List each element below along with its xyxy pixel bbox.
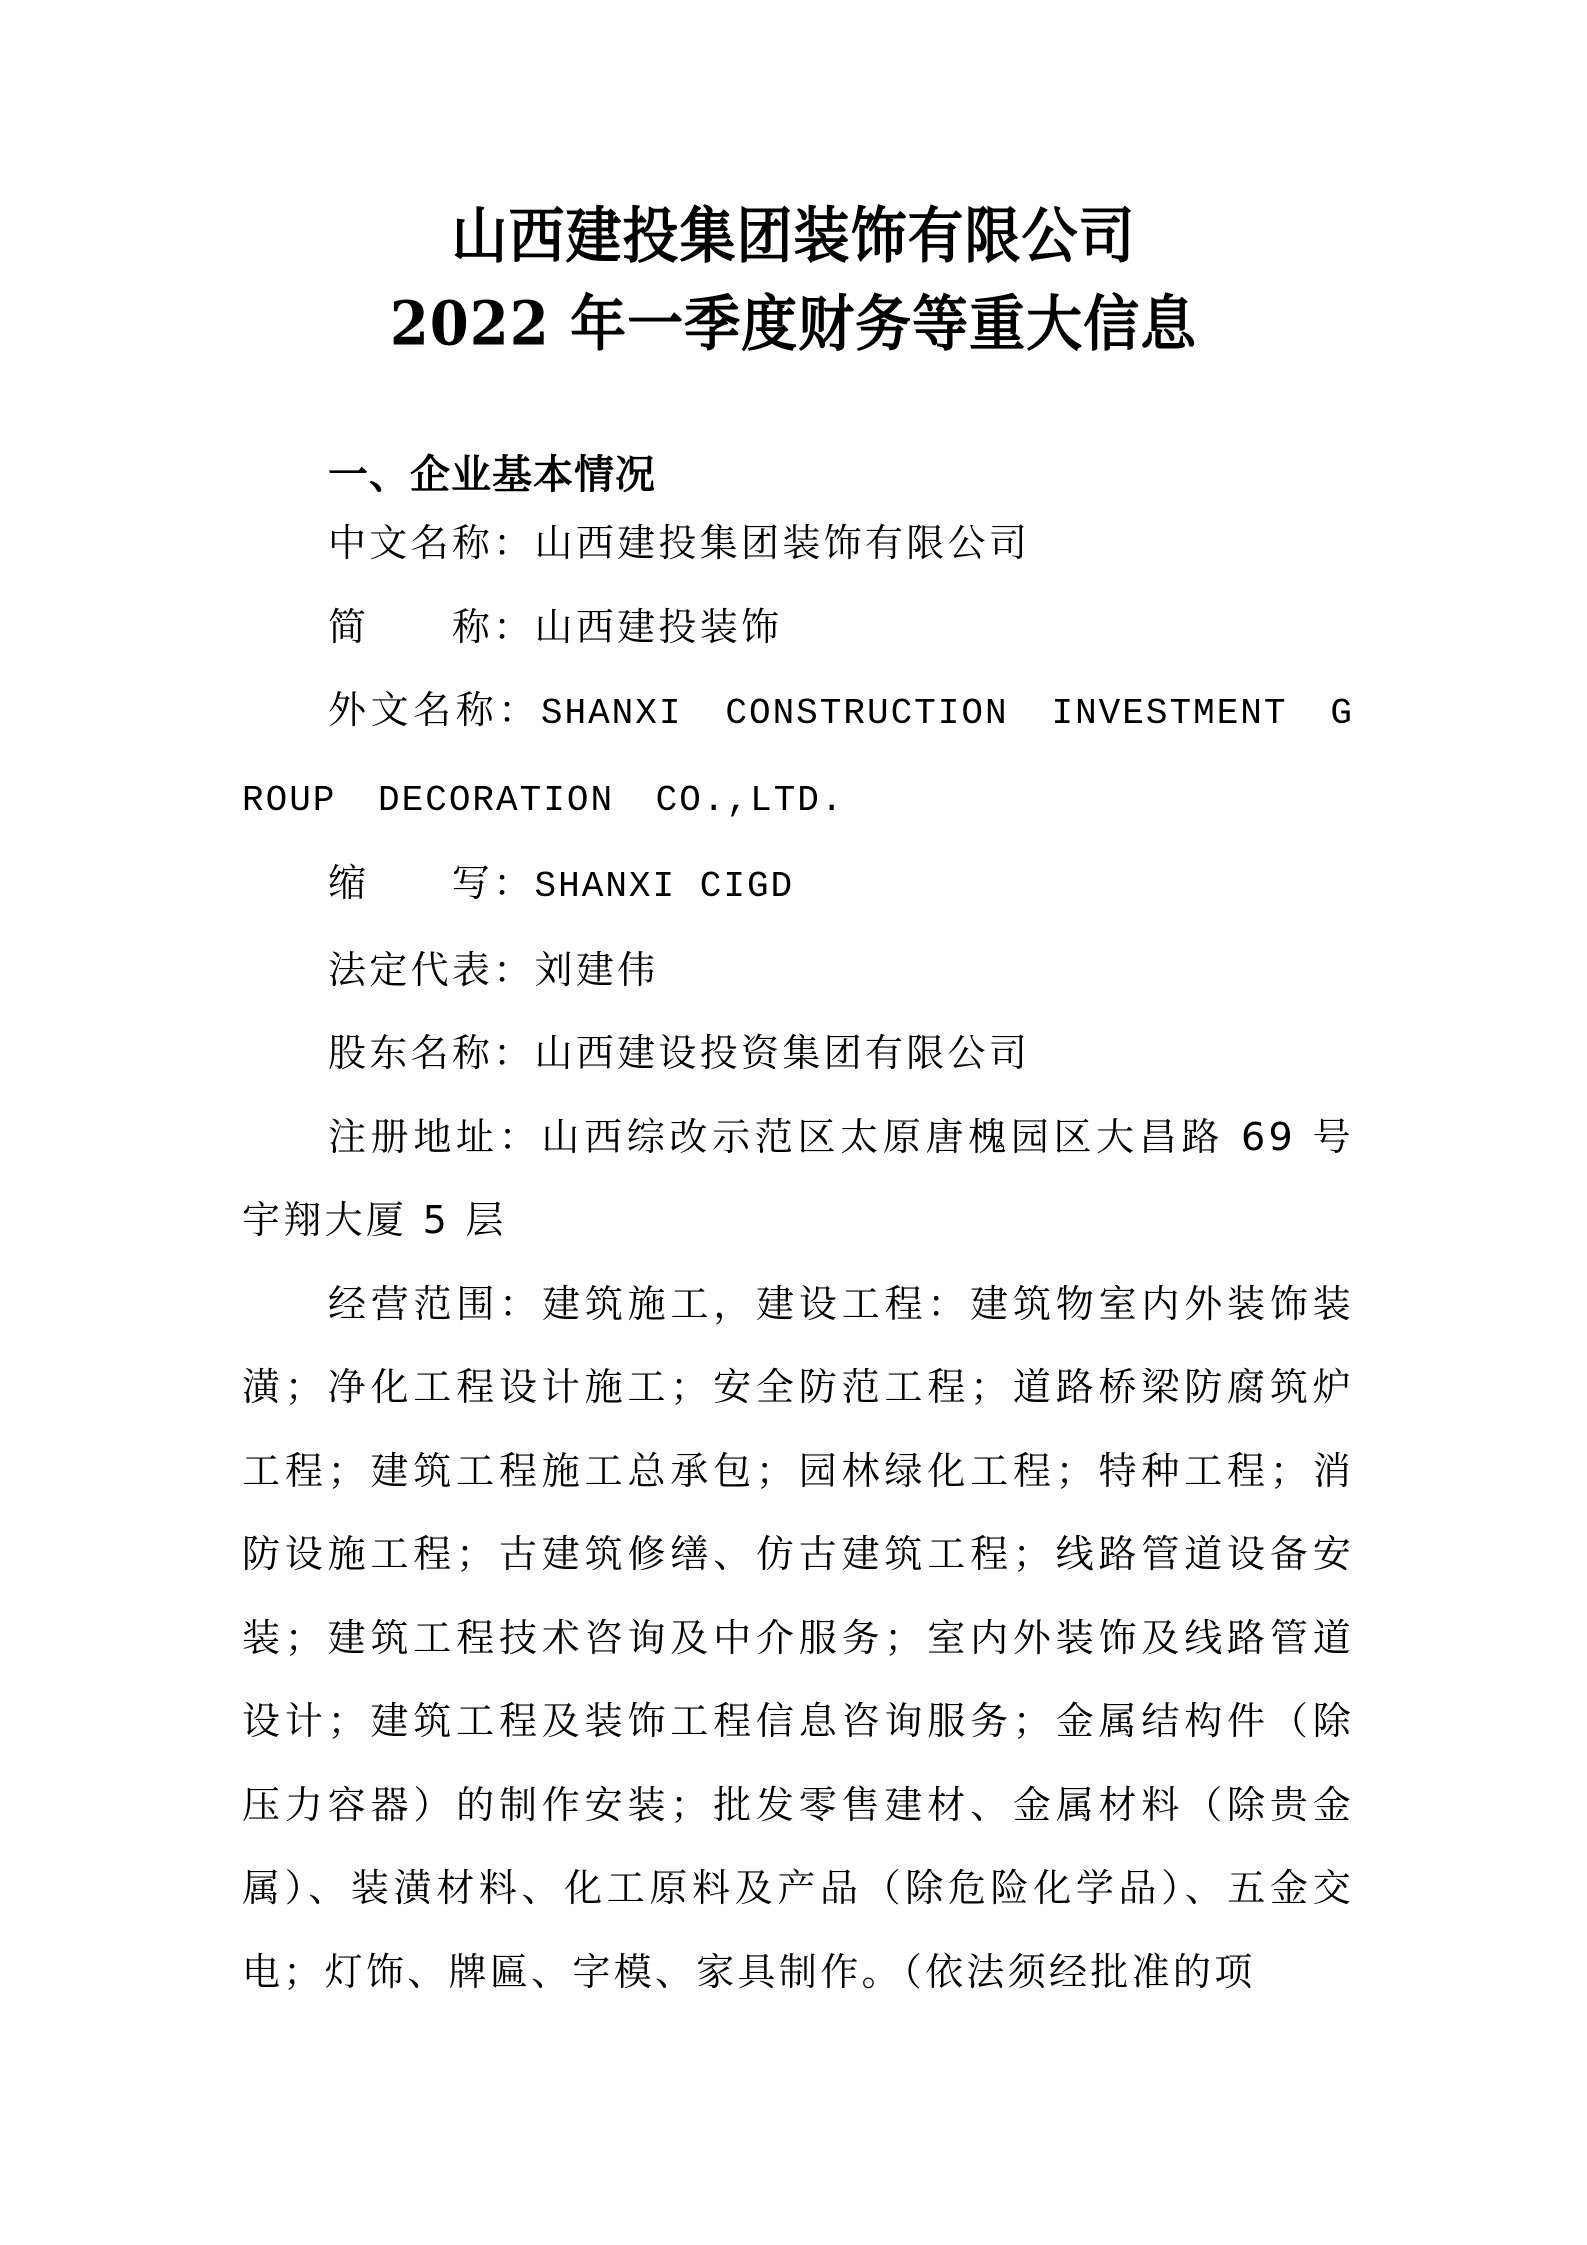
field-short-name: 简 称：山西建投装饰 bbox=[242, 586, 1354, 670]
field-label: 经营范围： bbox=[328, 1282, 542, 1326]
field-value: 建筑施工，建设工程：建筑物室内外装饰装潢；净化工程设计施工；安全防范工程；道路桥… bbox=[242, 1282, 1354, 1994]
field-shareholder: 股东名称：山西建设投资集团有限公司 bbox=[242, 1012, 1354, 1096]
field-label: 中文名称： bbox=[328, 521, 535, 565]
field-chinese-name: 中文名称：山西建投集团装饰有限公司 bbox=[242, 502, 1354, 586]
document-page: 山西建投集团装饰有限公司 2022 年一季度财务等重大信息 一、企业基本情况 中… bbox=[0, 0, 1587, 2245]
field-label: 注册地址： bbox=[328, 1115, 541, 1159]
field-value: 山西建投集团装饰有限公司 bbox=[535, 521, 1031, 565]
field-legal-representative: 法定代表：刘建伟 bbox=[242, 929, 1354, 1013]
field-abbreviation: 缩 写：SHANXI CIGD bbox=[242, 842, 1354, 929]
document-body: 一、企业基本情况 中文名称：山西建投集团装饰有限公司 简 称：山西建投装饰 外文… bbox=[242, 440, 1354, 2014]
document-title: 山西建投集团装饰有限公司 2022 年一季度财务等重大信息 bbox=[0, 192, 1587, 368]
field-label: 缩 写： bbox=[328, 861, 535, 905]
field-registered-address: 注册地址：山西综改示范区太原唐槐园区大昌路 69 号宇翔大厦 5 层 bbox=[242, 1096, 1354, 1263]
field-label: 简 称： bbox=[328, 605, 535, 649]
field-value: 刘建伟 bbox=[535, 948, 659, 992]
field-value: 山西建投装饰 bbox=[535, 605, 783, 649]
title-report-period: 2022 年一季度财务等重大信息 bbox=[0, 276, 1587, 371]
field-label: 股东名称： bbox=[328, 1031, 535, 1075]
title-company-name: 山西建投集团装饰有限公司 bbox=[0, 188, 1587, 283]
section-heading-basic-info: 一、企业基本情况 bbox=[328, 440, 1354, 502]
field-label: 外文名称： bbox=[328, 688, 541, 732]
field-value: 山西建设投资集团有限公司 bbox=[535, 1031, 1031, 1075]
field-business-scope: 经营范围：建筑施工，建设工程：建筑物室内外装饰装潢；净化工程设计施工；安全防范工… bbox=[242, 1263, 1354, 2015]
field-label: 法定代表： bbox=[328, 948, 535, 992]
field-english-name: 外文名称：SHANXI CONSTRUCTION INVESTMENT GROU… bbox=[242, 669, 1354, 842]
field-value: SHANXI CIGD bbox=[535, 866, 795, 907]
